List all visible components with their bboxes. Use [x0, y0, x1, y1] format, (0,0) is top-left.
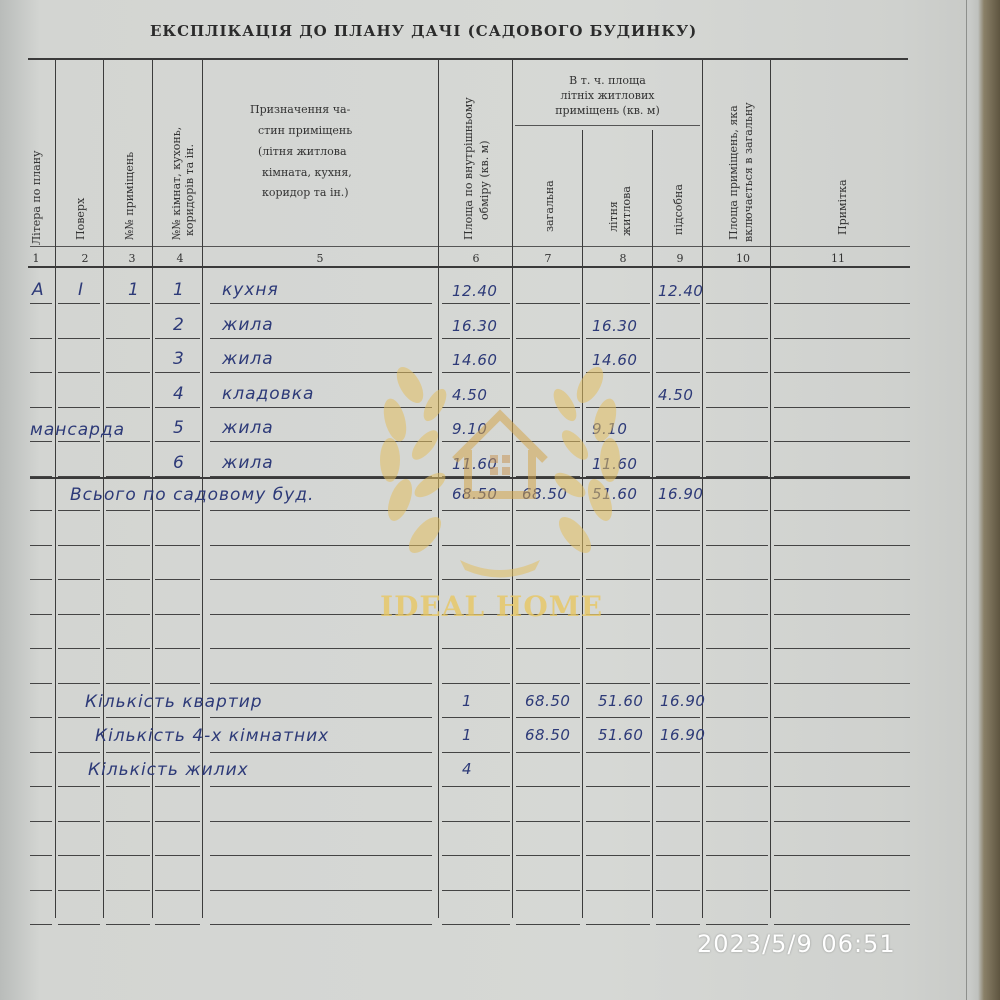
- ruled-line: [442, 683, 510, 684]
- column-number: 5: [310, 252, 330, 265]
- summary-living: 51.60: [598, 692, 643, 710]
- ruled-line: [706, 648, 768, 649]
- ruled-line: [706, 407, 768, 408]
- ruled-line: [210, 441, 432, 442]
- ruled-line: [155, 717, 200, 718]
- column-number: 2: [75, 252, 95, 265]
- ruled-line: [586, 510, 650, 511]
- ruled-line: [586, 372, 650, 373]
- summary-living: 51.60: [598, 726, 643, 744]
- ruled-line: [30, 717, 52, 718]
- ruled-line: [58, 407, 100, 408]
- ruled-line: [155, 510, 200, 511]
- summary-total: 68.50: [525, 726, 570, 744]
- row-area: 12.40: [452, 282, 497, 300]
- ruled-line: [106, 717, 150, 718]
- ruled-line: [516, 855, 580, 856]
- ruled-line: [516, 648, 580, 649]
- ruled-line: [442, 303, 510, 304]
- ruled-line: [586, 338, 650, 339]
- row-room-number: 5: [173, 418, 185, 438]
- ruled-line: [656, 683, 700, 684]
- ruled-line: [58, 545, 100, 546]
- ruled-line: [774, 407, 910, 408]
- ruled-line: [516, 441, 580, 442]
- row-floor: І: [78, 280, 84, 300]
- ruled-line: [58, 855, 100, 856]
- ruled-line: [155, 786, 200, 787]
- ruled-line: [656, 614, 700, 615]
- ruled-line: [706, 924, 768, 925]
- ruled-line: [155, 338, 200, 339]
- ruled-line: [30, 579, 52, 580]
- summary-label: Кількість жилих: [88, 760, 249, 780]
- ruled-line: [586, 579, 650, 580]
- header-premise-number: №№ приміщень: [123, 152, 136, 240]
- ruled-line: [210, 372, 432, 373]
- column-number: 11: [828, 252, 848, 265]
- ruled-line: [656, 890, 700, 891]
- row-living: 14.60: [592, 351, 637, 369]
- ruled-line: [30, 510, 52, 511]
- ruled-line: [586, 855, 650, 856]
- ruled-line: [516, 545, 580, 546]
- ruled-line: [30, 303, 52, 304]
- header-total: загальна: [543, 180, 556, 232]
- ruled-line: [442, 786, 510, 787]
- ruled-line: [706, 579, 768, 580]
- header-purpose-line: кімната, кухня,: [262, 166, 412, 180]
- row-litera: А: [32, 280, 45, 300]
- ruled-line: [155, 890, 200, 891]
- page-edge: [970, 0, 1000, 1000]
- row-purpose: жила: [222, 315, 274, 335]
- page-margin-line: [966, 0, 967, 1000]
- ruled-line: [30, 441, 52, 442]
- ruled-line: [30, 338, 52, 339]
- ruled-line: [656, 579, 700, 580]
- ruled-line: [155, 614, 200, 615]
- ruled-line: [586, 786, 650, 787]
- ruled-line: [58, 338, 100, 339]
- ruled-line: [30, 614, 52, 615]
- ruled-line: [706, 855, 768, 856]
- ruled-line: [58, 717, 100, 718]
- ruled-line: [774, 890, 910, 891]
- ruled-line: [516, 579, 580, 580]
- ruled-line: [106, 510, 150, 511]
- ruled-line: [106, 407, 150, 408]
- ruled-line: [774, 614, 910, 615]
- row-area: 16.30: [452, 317, 497, 335]
- ruled-line: [586, 924, 650, 925]
- col-divider: [438, 58, 439, 918]
- row-living: 9.10: [592, 420, 627, 438]
- row-area: 9.10: [452, 420, 487, 438]
- ruled-line: [106, 752, 150, 753]
- ruled-line: [774, 510, 910, 511]
- ruled-line: [774, 372, 910, 373]
- ruled-line: [656, 441, 700, 442]
- row-living: 11.60: [592, 455, 637, 473]
- ruled-line: [30, 752, 52, 753]
- ruled-line: [774, 338, 910, 339]
- row-purpose: кухня: [222, 280, 279, 300]
- ruled-line: [442, 338, 510, 339]
- ruled-line: [30, 648, 52, 649]
- ruled-line: [106, 614, 150, 615]
- ruled-line: [706, 545, 768, 546]
- ruled-line: [106, 441, 150, 442]
- ruled-line: [706, 821, 768, 822]
- header-area-1: Площа по внутрішньому: [462, 97, 475, 240]
- ruled-line: [30, 890, 52, 891]
- ruled-line: [210, 579, 432, 580]
- row-auxiliary: 12.40: [658, 282, 703, 300]
- column-number: 9: [670, 252, 690, 265]
- ruled-line: [656, 752, 700, 753]
- ruled-line: [706, 752, 768, 753]
- column-number: 7: [538, 252, 558, 265]
- ruled-line: [210, 407, 432, 408]
- ruled-line: [58, 786, 100, 787]
- ruled-line: [656, 855, 700, 856]
- header-notes: Примітка: [836, 179, 849, 235]
- ruled-line: [210, 545, 432, 546]
- ruled-line: [442, 717, 510, 718]
- ruled-line: [210, 510, 432, 511]
- ruled-line: [442, 648, 510, 649]
- ruled-line: [442, 855, 510, 856]
- ruled-line: [586, 303, 650, 304]
- total-separator-line: [30, 477, 910, 479]
- header-summer-living-1: літня: [607, 201, 620, 232]
- summary-count: 1: [462, 692, 472, 710]
- ruled-line: [106, 890, 150, 891]
- row-purpose: жила: [222, 453, 274, 473]
- column-numbers-bottom-border: [28, 266, 910, 268]
- ruled-line: [656, 821, 700, 822]
- column-number: 1: [26, 252, 46, 265]
- ruled-line: [656, 717, 700, 718]
- ruled-line: [586, 407, 650, 408]
- row-area: 14.60: [452, 351, 497, 369]
- row-room-number: 4: [173, 384, 185, 404]
- summary-label: Кількість квартир: [85, 692, 263, 712]
- header-bottom-line: [30, 246, 910, 247]
- ruled-line: [442, 924, 510, 925]
- row-room-number: 6: [173, 453, 185, 473]
- header-room-number-1: №№ кімнат, кухонь,: [170, 127, 183, 240]
- ruled-line: [774, 752, 910, 753]
- ruled-line: [442, 821, 510, 822]
- row-purpose: жила: [222, 349, 274, 369]
- ruled-line: [106, 821, 150, 822]
- ruled-line: [106, 648, 150, 649]
- ruled-line: [706, 510, 768, 511]
- ruled-line: [516, 407, 580, 408]
- col-divider: [512, 58, 513, 918]
- ruled-line: [106, 372, 150, 373]
- ruled-line: [516, 683, 580, 684]
- ruled-line: [774, 648, 910, 649]
- ruled-line: [210, 752, 432, 753]
- header-auxiliary: підсобна: [672, 184, 685, 235]
- ruled-line: [516, 752, 580, 753]
- ruled-line: [516, 924, 580, 925]
- summary-count: 1: [462, 726, 472, 744]
- ruled-line: [155, 821, 200, 822]
- total-total: 68.50: [522, 485, 567, 503]
- ruled-line: [106, 338, 150, 339]
- table-top-border: [28, 58, 908, 60]
- ruled-line: [706, 683, 768, 684]
- ruled-line: [155, 579, 200, 580]
- ruled-line: [106, 924, 150, 925]
- ruled-line: [58, 303, 100, 304]
- ruled-line: [656, 510, 700, 511]
- header-group-line: літніх житлових: [515, 89, 700, 103]
- header-purpose-line: (літня житлова: [258, 145, 408, 159]
- group-header-divider: [515, 125, 700, 126]
- ruled-line: [106, 545, 150, 546]
- ruled-line: [58, 441, 100, 442]
- ruled-line: [58, 510, 100, 511]
- ruled-line: [106, 855, 150, 856]
- ruled-line: [516, 786, 580, 787]
- ruled-line: [774, 579, 910, 580]
- ruled-line: [30, 786, 52, 787]
- ruled-line: [516, 890, 580, 891]
- column-number: 3: [122, 252, 142, 265]
- ruled-line: [706, 614, 768, 615]
- ruled-line: [155, 407, 200, 408]
- column-number: 8: [613, 252, 633, 265]
- summary-total: 68.50: [525, 692, 570, 710]
- row-premise: 1: [128, 280, 140, 300]
- ruled-line: [58, 890, 100, 891]
- total-area: 68.50: [452, 485, 497, 503]
- total-label: Всього по садовому буд.: [70, 485, 314, 505]
- ruled-line: [656, 924, 700, 925]
- ruled-line: [155, 855, 200, 856]
- ruled-line: [210, 648, 432, 649]
- ruled-line: [210, 924, 432, 925]
- ruled-line: [442, 441, 510, 442]
- ruled-line: [586, 890, 650, 891]
- ruled-line: [656, 372, 700, 373]
- column-number: 4: [170, 252, 190, 265]
- ruled-line: [516, 338, 580, 339]
- ruled-line: [155, 648, 200, 649]
- row-auxiliary: 4.50: [658, 386, 693, 404]
- ruled-line: [586, 752, 650, 753]
- ruled-line: [706, 717, 768, 718]
- ruled-line: [30, 855, 52, 856]
- header-group-line: В т. ч. площа: [515, 74, 700, 88]
- ruled-line: [656, 786, 700, 787]
- ruled-line: [210, 683, 432, 684]
- total-auxiliary: 16.90: [658, 485, 703, 503]
- ruled-line: [774, 441, 910, 442]
- row-purpose: кладовка: [222, 384, 314, 404]
- col-divider: [770, 58, 771, 918]
- ruled-line: [442, 545, 510, 546]
- header-room-number-2: коридорів та ін.: [183, 144, 196, 236]
- ruled-line: [58, 614, 100, 615]
- ruled-line: [586, 683, 650, 684]
- ruled-line: [58, 372, 100, 373]
- ruled-line: [210, 338, 432, 339]
- ruled-line: [586, 545, 650, 546]
- row-litera: мансарда: [30, 420, 125, 440]
- ruled-line: [210, 855, 432, 856]
- ruled-line: [155, 545, 200, 546]
- ruled-line: [774, 924, 910, 925]
- column-number: 6: [466, 252, 486, 265]
- ruled-line: [706, 303, 768, 304]
- ruled-line: [30, 407, 52, 408]
- ruled-line: [774, 545, 910, 546]
- ruled-line: [106, 683, 150, 684]
- ruled-line: [210, 303, 432, 304]
- ruled-line: [706, 786, 768, 787]
- ruled-line: [210, 717, 432, 718]
- ruled-line: [106, 303, 150, 304]
- ruled-line: [516, 303, 580, 304]
- header-summer-living-2: житлова: [620, 186, 633, 236]
- ruled-line: [656, 338, 700, 339]
- ruled-line: [155, 372, 200, 373]
- header-purpose-line: Призначення ча-: [250, 103, 400, 117]
- ruled-line: [210, 890, 432, 891]
- ruled-line: [656, 648, 700, 649]
- ruled-line: [58, 579, 100, 580]
- ruled-line: [586, 441, 650, 442]
- summary-auxiliary: 16.90: [660, 726, 705, 744]
- ruled-line: [30, 372, 52, 373]
- ruled-line: [586, 717, 650, 718]
- ruled-line: [656, 545, 700, 546]
- ruled-line: [155, 752, 200, 753]
- ruled-line: [442, 407, 510, 408]
- row-purpose: жила: [222, 418, 274, 438]
- summary-auxiliary: 16.90: [660, 692, 705, 710]
- ruled-line: [442, 372, 510, 373]
- ruled-line: [706, 338, 768, 339]
- header-area-2: обміру (кв. м): [478, 140, 491, 220]
- header-group-line: приміщень (кв. м): [515, 104, 700, 118]
- ruled-line: [106, 579, 150, 580]
- col-divider: [55, 58, 56, 918]
- ruled-line: [155, 683, 200, 684]
- ruled-line: [774, 717, 910, 718]
- ruled-line: [774, 683, 910, 684]
- ruled-line: [706, 441, 768, 442]
- ruled-line: [442, 579, 510, 580]
- row-area: 11.60: [452, 455, 497, 473]
- col-divider: [652, 130, 653, 918]
- ruled-line: [442, 752, 510, 753]
- ruled-line: [58, 648, 100, 649]
- ruled-line: [106, 786, 150, 787]
- ruled-line: [30, 683, 52, 684]
- col-divider: [582, 130, 583, 918]
- ruled-line: [774, 303, 910, 304]
- ruled-line: [774, 786, 910, 787]
- header-purpose-line: коридор та ін.): [262, 186, 412, 200]
- ruled-line: [586, 648, 650, 649]
- ruled-line: [58, 683, 100, 684]
- ruled-line: [58, 752, 100, 753]
- ruled-line: [656, 303, 700, 304]
- document-title: ЕКСПЛІКАЦІЯ ДО ПЛАНУ ДАЧІ (САДОВОГО БУДИ…: [150, 22, 750, 40]
- summary-label: Кількість 4-х кімнатних: [95, 726, 329, 746]
- total-living: 51.60: [592, 485, 637, 503]
- ruled-line: [155, 441, 200, 442]
- row-area: 4.50: [452, 386, 487, 404]
- ruled-line: [155, 924, 200, 925]
- ruled-line: [706, 890, 768, 891]
- row-room-number: 1: [173, 280, 185, 300]
- header-included-area-2: включається в загальну: [742, 102, 755, 242]
- header-included-area-1: Площа приміщень, яка: [727, 105, 740, 240]
- watermark-text: IDEAL HOME: [380, 590, 603, 623]
- ruled-line: [586, 821, 650, 822]
- ruled-line: [442, 890, 510, 891]
- ruled-line: [155, 303, 200, 304]
- ruled-line: [58, 924, 100, 925]
- header-purpose-line: стин приміщень: [258, 124, 408, 138]
- ruled-line: [656, 407, 700, 408]
- row-room-number: 2: [173, 315, 185, 335]
- summary-count: 4: [462, 760, 472, 778]
- ruled-line: [774, 821, 910, 822]
- ruled-line: [210, 821, 432, 822]
- ruled-line: [516, 821, 580, 822]
- ruled-line: [706, 372, 768, 373]
- header-litera: Літера по плану: [30, 150, 43, 245]
- ruled-line: [516, 717, 580, 718]
- ruled-line: [516, 510, 580, 511]
- ruled-line: [516, 372, 580, 373]
- column-number: 10: [733, 252, 753, 265]
- ruled-line: [210, 786, 432, 787]
- ruled-line: [30, 924, 52, 925]
- ruled-line: [774, 855, 910, 856]
- header-floor: Поверх: [74, 198, 87, 240]
- ruled-line: [58, 821, 100, 822]
- row-living: 16.30: [592, 317, 637, 335]
- row-room-number: 3: [173, 349, 185, 369]
- ruled-line: [442, 510, 510, 511]
- camera-timestamp: 2023/5/9 06:51: [697, 930, 896, 958]
- ruled-line: [30, 545, 52, 546]
- ruled-line: [30, 821, 52, 822]
